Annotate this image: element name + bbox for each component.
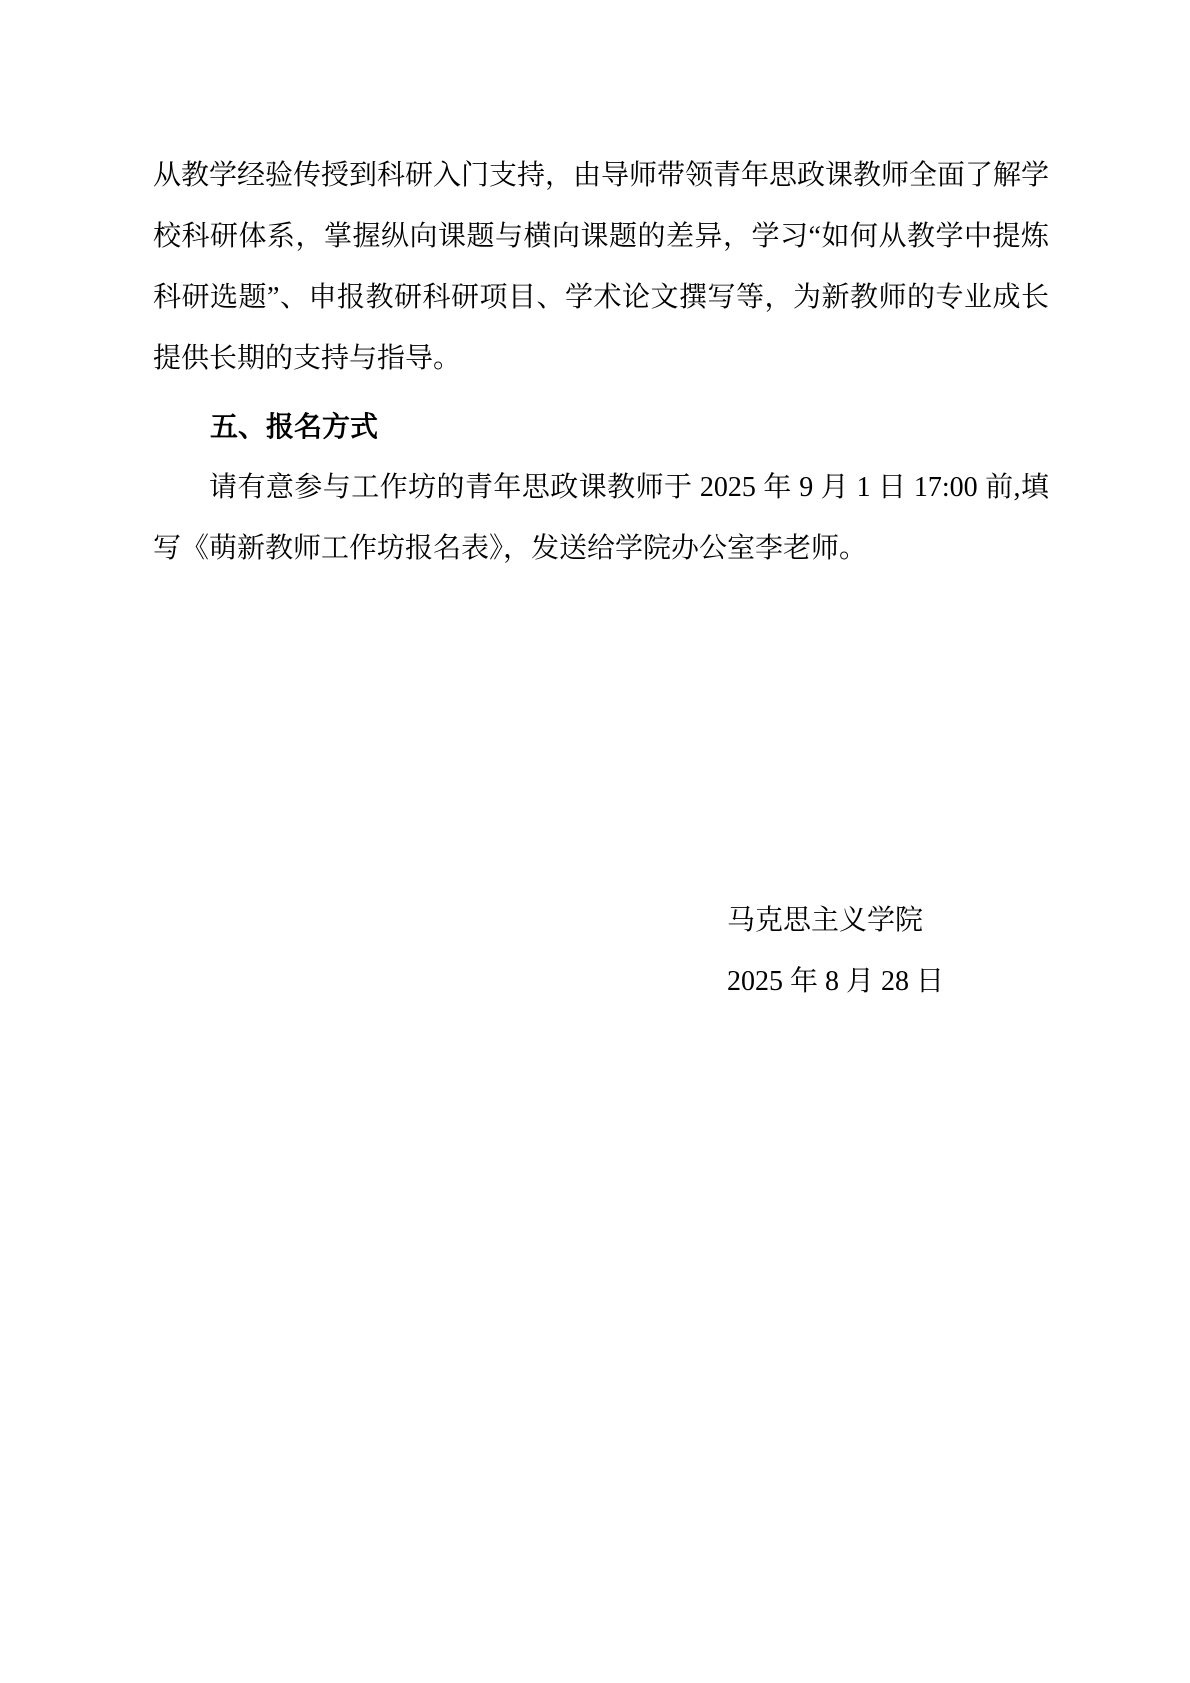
section-heading-signup-method: 五、报名方式 [153,396,1049,457]
body-line: 校科研体系，掌握纵向课题与横向课题的差异，学习“如何从教学中提炼 [153,206,1049,267]
signature-organization: 马克思主义学院 [727,890,1049,951]
body-line: 科研选题”、申报教研科研项目、学术论文撰写等，为新教师的专业成长 [153,267,1049,328]
continued-paragraph: 从教学经验传授到科研入门支持，由导师带领青年思政课教师全面了解学 校科研体系，掌… [153,145,1049,389]
signature-block: 马克思主义学院 2025 年 8 月 28 日 [727,890,1049,1012]
document-content: 从教学经验传授到科研入门支持，由导师带领青年思政课教师全面了解学 校科研体系，掌… [153,145,1049,1012]
body-line: 请有意参与工作坊的青年思政课教师于 2025 年 9 月 1 日 17:00 前… [153,457,1049,518]
body-line: 从教学经验传授到科研入门支持，由导师带领青年思政课教师全面了解学 [153,145,1049,206]
document-page: 从教学经验传授到科研入门支持，由导师带领青年思政课教师全面了解学 校科研体系，掌… [0,0,1190,1683]
signature-date: 2025 年 8 月 28 日 [727,951,1049,1012]
body-line: 写《萌新教师工作坊报名表》，发送给学院办公室李老师。 [153,518,1049,579]
signup-paragraph: 请有意参与工作坊的青年思政课教师于 2025 年 9 月 1 日 17:00 前… [153,457,1049,579]
body-line: 提供长期的支持与指导。 [153,328,1049,389]
